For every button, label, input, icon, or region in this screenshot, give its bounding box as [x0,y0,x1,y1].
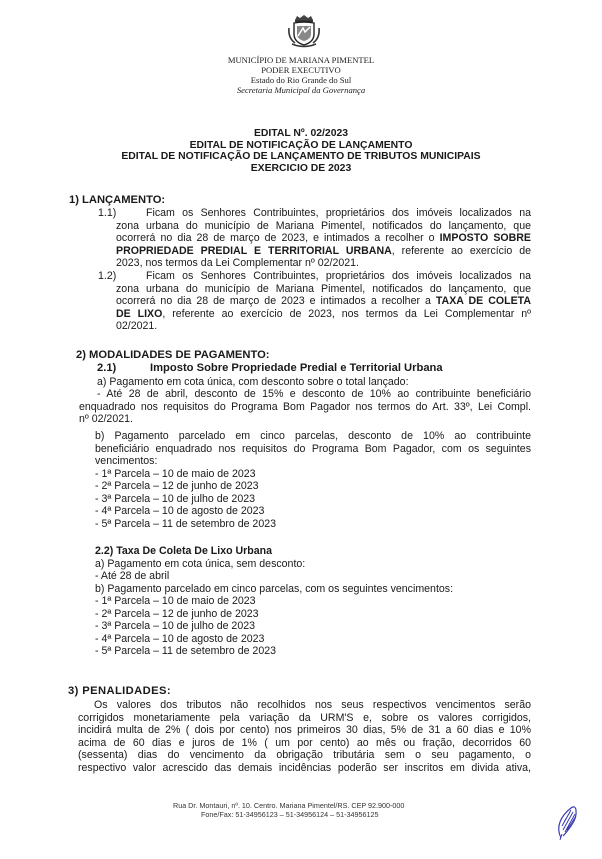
sub-2-1-a-line: - Até 28 de abril, desconto de 15% e des… [97,388,531,401]
footer-address: Rua Dr. Montauri, nº. 10. Centro. Marian… [173,801,404,810]
sub-2-1-a-line: nº 02/2021. [79,413,133,426]
edital-year: EXERCICIO DE 2023 [0,163,602,175]
item-1-2-line: ocorrerá no dia 28 de março de 2023 e in… [116,295,531,308]
installment-item: - 5ª Parcela – 11 de setembro de 2023 [95,645,276,658]
installment-item: - 5ª Parcela – 11 de setembro de 2023 [95,518,276,531]
section-3-heading: 3) PENALIDADES: [68,685,171,698]
executive-power: PODER EXECUTIVO [0,65,602,75]
sub-2-1-b-line: beneficiário enquadrado nos requisitos d… [95,443,531,456]
item-1-1-line: ocorrerá no dia 28 de março de 2023, e i… [116,232,531,245]
sub-2-2-b-label: b) Pagamento parcelado em cinco parcelas… [95,583,453,596]
item-1-1-line: 2023, nos termos da Lei Complementar nº … [116,257,359,270]
penalties-line: corrigidos monetariamente pela variação … [78,712,531,725]
installment-item: - 1ª Parcela – 10 de maio de 2023 [95,595,256,608]
municipality-name: MUNICÍPIO DE MARIANA PIMENTEL [0,55,602,65]
sub-2-2-title: 2.2) Taxa De Coleta De Lixo Urbana [95,545,272,558]
edital-subtitle: EDITAL DE NOTIFICAÇÃO DE LANÇAMENTO [0,140,602,152]
sub-2-1-b-line: vencimentos: [95,455,157,468]
item-1-2-line: zona urbana do município de Mariana Pime… [116,283,531,296]
penalties-line: respectivo valor acrescido das demais in… [78,762,531,775]
installment-item: - 2ª Parcela – 12 de junho de 2023 [95,480,259,493]
penalties-line: Os valores dos tributos não recolhidos n… [94,699,531,712]
item-1-1-line: Ficam os Senhores Contribuintes, proprie… [146,207,531,220]
sub-2-2-a-label: a) Pagamento em cota única, sem desconto… [95,558,305,571]
coat-of-arms-icon [286,14,322,48]
section-2-heading: 2) MODALIDADES DE PAGAMENTO: [76,349,270,362]
penalties-line: (sessenta) dias do vencimento da obrigaç… [78,749,531,762]
installment-item: - 3ª Parcela – 10 de julho de 2023 [95,620,255,633]
sub-2-1-number: 2.1) [97,362,116,375]
installment-item: - 2ª Parcela – 12 de junho de 2023 [95,608,259,621]
sub-2-2-a-line: - Até 28 de abril [95,570,169,583]
item-1-2-number: 1.2) [98,270,116,283]
item-1-1-line: zona urbana do município de Mariana Pime… [116,220,531,233]
item-1-1-line: PROPRIEDADE PREDIAL E TERRITORIAL URBANA… [116,245,531,258]
state-name: Estado do Rio Grande do Sul [0,75,602,85]
item-1-2-line: DE LIXO, referente ao exercício de 2023,… [116,308,531,321]
footer-phones: Fone/Fax: 51-34956123 – 51-34956124 – 51… [201,810,378,819]
document-page: MUNICÍPIO DE MARIANA PIMENTEL PODER EXEC… [0,0,602,859]
installment-item: - 1ª Parcela – 10 de maio de 2023 [95,468,256,481]
item-1-1-number: 1.1) [98,207,116,220]
installment-item: - 3ª Parcela – 10 de julho de 2023 [95,493,255,506]
sub-2-1-title: Imposto Sobre Propriedade Predial e Terr… [150,362,443,375]
installment-item: - 4ª Parcela – 10 de agosto de 2023 [95,633,264,646]
item-1-2-line: Ficam os Senhores Contribuintes, proprie… [146,270,531,283]
penalties-line: acima de 60 dias e juros de 1% ( um por … [78,737,531,750]
department-name: Secretaria Municipal da Governança [0,85,602,95]
handwritten-signature-icon [553,800,583,845]
edital-subtitle-full: EDITAL DE NOTIFICAÇÃO DE LANÇAMENTO DE T… [0,151,602,163]
item-1-2-line: 02/2021. [116,320,157,333]
section-1-heading: 1) LANÇAMENTO: [69,194,165,207]
sub-2-1-a-line: enquadrado nos requisitos do Programa Bo… [79,401,531,414]
edital-number: EDITAL Nº. 02/2023 [0,128,602,140]
installment-item: - 4ª Parcela – 10 de agosto de 2023 [95,505,264,518]
penalties-line: incidirá multa de 2% ( dois por cento) n… [78,724,531,737]
sub-2-1-a-label: a) Pagamento em cota única, com desconto… [97,376,409,389]
sub-2-1-b-line: b) Pagamento parcelado em cinco parcelas… [95,430,531,443]
